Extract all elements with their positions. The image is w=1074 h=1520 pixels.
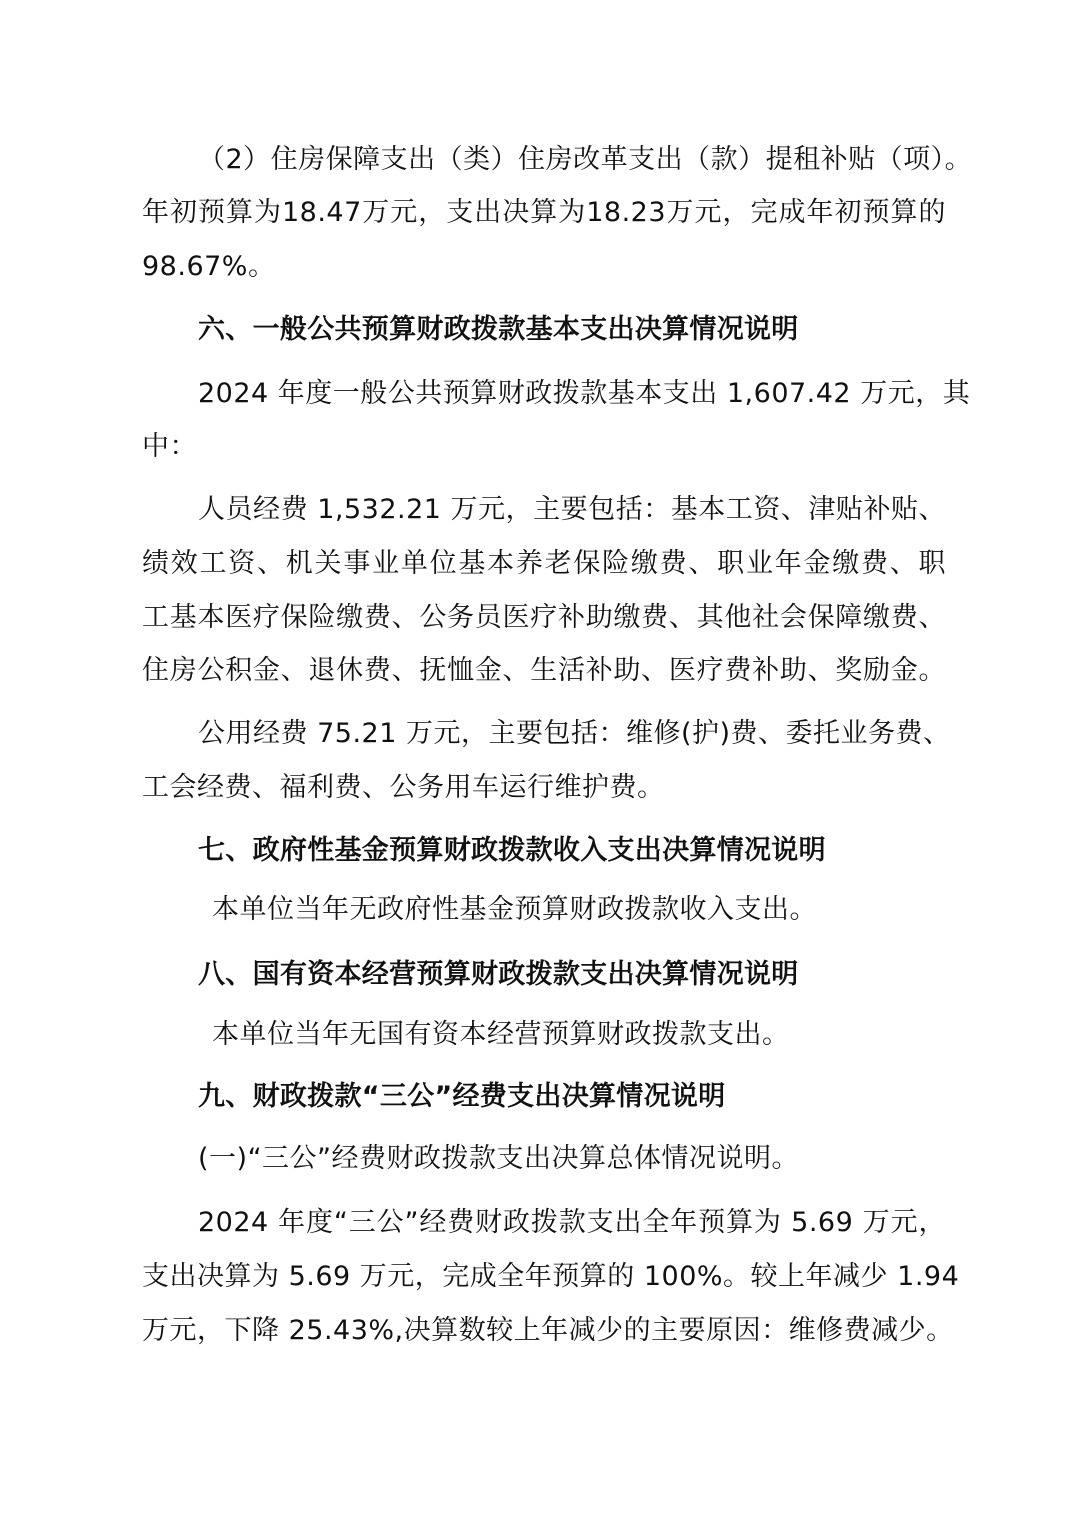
personnel-expenses-line-1: 人员经费 1,532.21 万元，主要包括：基本工资、津贴补贴、 [198, 490, 946, 530]
section-6-heading: 六、一般公共预算财政拨款基本支出决算情况说明 [198, 310, 799, 350]
housing-subsidy-line-3: 98.67%。 [142, 247, 275, 287]
basic-expenditure-line-2: 中： [142, 427, 197, 467]
section-7-body: 本单位当年无政府性基金预算财政拨款收入支出。 [212, 890, 817, 930]
personnel-expenses-line-2: 绩效工资、机关事业单位基本养老保险缴费、职业年金缴费、职 [142, 544, 946, 584]
public-expenses-line-2: 工会经费、福利费、公务用车运行维护费。 [142, 768, 665, 808]
document-page: （2）住房保障支出（类）住房改革支出（款）提租补贴（项）。 年初预算为18.47… [0, 0, 1074, 1520]
section-8-body: 本单位当年无国有资本经营预算财政拨款支出。 [212, 1015, 790, 1055]
personnel-expenses-line-4: 住房公积金、退休费、抚恤金、生活补助、医疗费补助、奖励金。 [142, 651, 946, 691]
housing-subsidy-line-1: （2）住房保障支出（类）住房改革支出（款）提租补贴（项）。 [198, 140, 946, 180]
section-9-heading: 九、财政拨款“三公”经费支出决算情况说明 [198, 1077, 726, 1117]
three-public-summary-line-3: 万元，下降 25.43%,决算数较上年减少的主要原因：维修费减少。 [142, 1311, 946, 1351]
basic-expenditure-line-1: 2024 年度一般公共预算财政拨款基本支出 1,607.42 万元，其 [198, 374, 946, 414]
personnel-expenses-line-3: 工基本医疗保险缴费、公务员医疗补助缴费、其他社会保障缴费、 [142, 598, 946, 638]
section-9-subheading: (一)“三公”经费财政拨款支出决算总体情况说明。 [198, 1139, 799, 1179]
three-public-summary-line-2: 支出决算为 5.69 万元，完成全年预算的 100%。较上年减少 1.94 [142, 1257, 946, 1297]
three-public-summary-line-1: 2024 年度“三公”经费财政拨款支出全年预算为 5.69 万元， [198, 1203, 946, 1243]
section-8-heading: 八、国有资本经营预算财政拨款支出决算情况说明 [198, 955, 799, 995]
public-expenses-line-1: 公用经费 75.21 万元，主要包括：维修(护)费、委托业务费、 [198, 714, 946, 754]
housing-subsidy-line-2: 年初预算为18.47万元，支出决算为18.23万元，完成年初预算的 [142, 193, 946, 233]
section-7-heading: 七、政府性基金预算财政拨款收入支出决算情况说明 [198, 831, 826, 871]
